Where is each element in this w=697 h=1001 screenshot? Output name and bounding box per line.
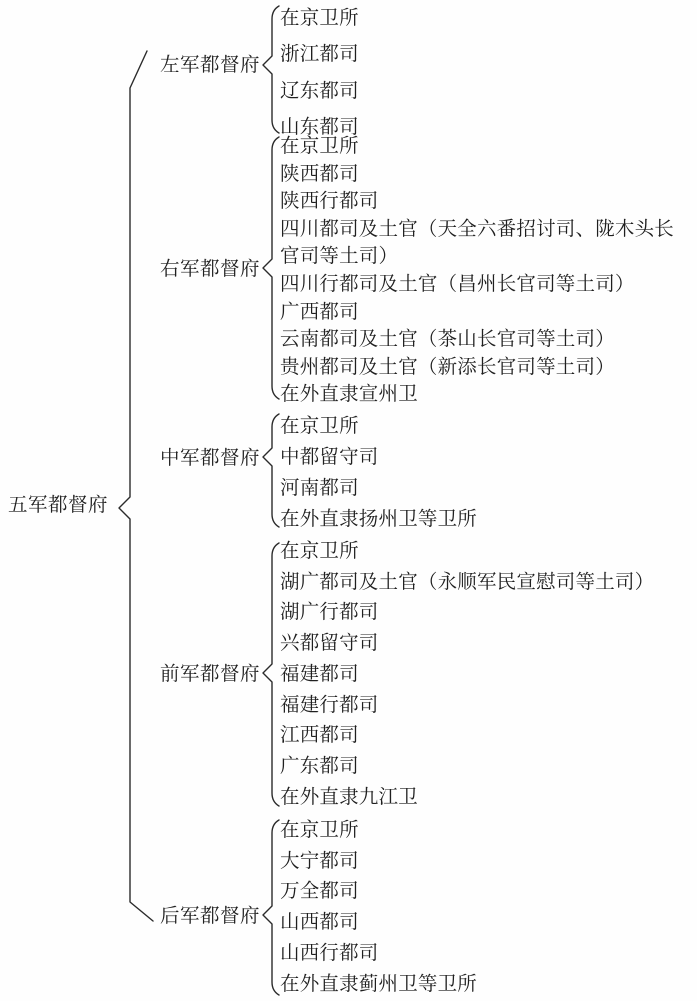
branch-brace-front <box>263 543 279 806</box>
tree-item: 兴都留守司 <box>280 628 692 659</box>
tree-item: 云南都司及土官（茶山长官司等土司） <box>280 325 692 353</box>
item-group-front-commission: 在京卫所 湖广都司及土官（永顺军民宣慰司等土司） 湖广行都司 兴都留守司 福建都… <box>280 536 692 812</box>
branch-label-center-commission: 中军都督府 <box>160 447 260 469</box>
item-group-center-commission: 在京卫所 中都留守司 河南都司 在外直隶扬州卫等卫所 <box>280 410 692 534</box>
tree-item: 在外直隶扬州卫等卫所 <box>280 503 692 534</box>
tree-item: 广西都司 <box>280 298 692 326</box>
item-group-left-commission: 在京卫所 浙江都司 辽东都司 山东都司 <box>280 0 692 145</box>
tree-item: 在外直隶蓟州卫等卫所 <box>280 969 692 1000</box>
tree-item: 山西都司 <box>280 907 692 938</box>
tree-item: 浙江都司 <box>280 36 692 72</box>
org-chart-page: 五军都督府 左军都督府 右军都督府 中军都督府 前军都督府 后军都督府 在京卫所… <box>0 0 697 1001</box>
tree-item: 福建行都司 <box>280 690 692 721</box>
tree-item: 贵州都司及土官（新添长官司等土司） <box>280 353 692 381</box>
branch-label-left-commission: 左军都督府 <box>160 54 260 76</box>
tree-item: 在外直隶九江卫 <box>280 782 692 813</box>
tree-item: 河南都司 <box>280 472 692 503</box>
tree-item: 辽东都司 <box>280 73 692 109</box>
branch-brace-right <box>263 137 279 399</box>
tree-item: 江西都司 <box>280 720 692 751</box>
root-node-label: 五军都督府 <box>8 494 108 516</box>
tree-item: 湖广行都司 <box>280 597 692 628</box>
tree-item: 在京卫所 <box>280 815 692 846</box>
tree-item: 中都留守司 <box>280 441 692 472</box>
tree-item: 陕西都司 <box>280 160 692 188</box>
tree-item: 在京卫所 <box>280 410 692 441</box>
tree-item: 四川行都司及土官（昌州长官司等土司） <box>280 270 692 298</box>
tree-item: 山西行都司 <box>280 938 692 969</box>
tree-item: 在京卫所 <box>280 132 692 160</box>
branch-label-rear-commission: 后军都督府 <box>160 905 260 927</box>
branch-brace-rear <box>263 820 279 995</box>
tree-item: 四川都司及土官（天全六番招讨司、陇木头长官司等土司） <box>280 215 692 270</box>
branch-label-right-commission: 右军都督府 <box>160 258 260 280</box>
tree-item: 陕西行都司 <box>280 187 692 215</box>
tree-item: 大宁都司 <box>280 846 692 877</box>
item-group-right-commission: 在京卫所 陕西都司 陕西行都司 四川都司及土官（天全六番招讨司、陇木头长官司等土… <box>280 132 692 408</box>
item-group-rear-commission: 在京卫所 大宁都司 万全都司 山西都司 山西行都司 在外直隶蓟州卫等卫所 <box>280 815 692 999</box>
tree-item: 万全都司 <box>280 876 692 907</box>
tree-item: 在外直隶宣州卫 <box>280 380 692 408</box>
tree-item: 福建都司 <box>280 659 692 690</box>
tree-item: 广东都司 <box>280 751 692 782</box>
tree-item: 湖广都司及土官（永顺军民宣慰司等土司） <box>280 567 692 598</box>
tree-item: 在京卫所 <box>280 0 692 36</box>
branch-label-front-commission: 前军都督府 <box>160 663 260 685</box>
branch-brace-left <box>263 6 279 133</box>
tree-item: 在京卫所 <box>280 536 692 567</box>
root-brace <box>119 51 153 921</box>
branch-brace-center <box>263 414 279 527</box>
